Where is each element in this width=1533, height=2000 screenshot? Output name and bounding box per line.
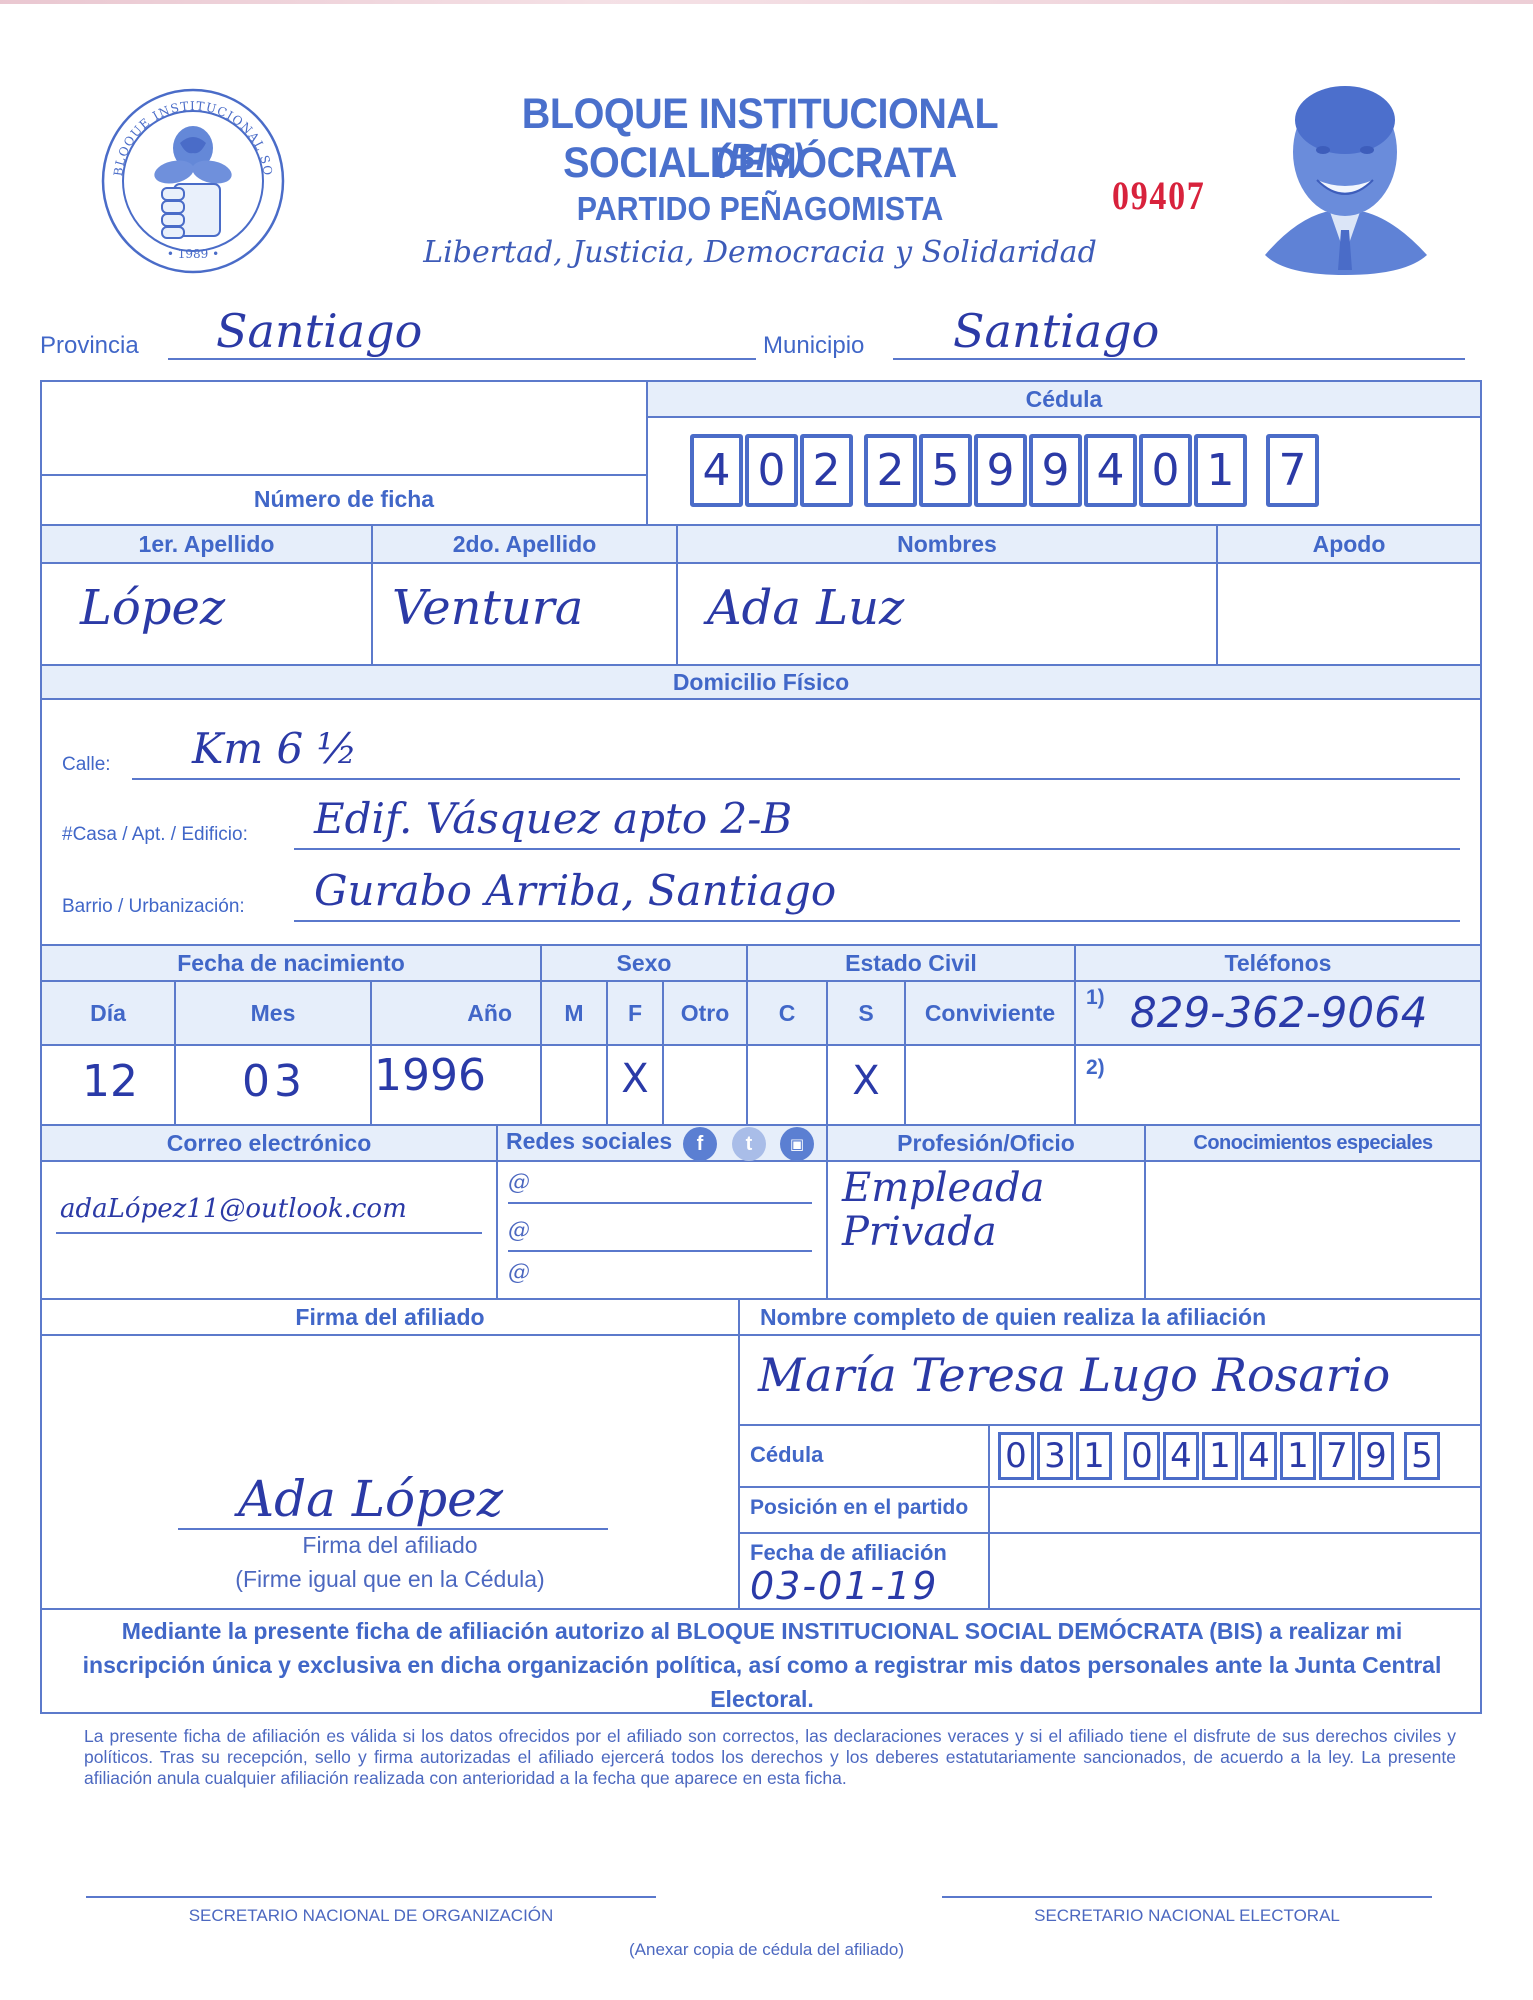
estado-civil-header: Estado Civil <box>748 946 1074 980</box>
cedula-digit-box[interactable]: 2 <box>864 434 917 507</box>
mes-value[interactable]: 03 <box>242 1056 306 1107</box>
apellido1-value[interactable]: López <box>80 580 225 636</box>
domicilio-field-1[interactable]: Edif. Vásquez apto 2-B <box>294 796 1460 850</box>
nombres-header: Nombres <box>678 526 1216 562</box>
apodo-header: Apodo <box>1218 526 1480 562</box>
cedula-header: Cédula <box>648 382 1480 418</box>
cedula-digit-box[interactable]: 4 <box>1084 434 1137 507</box>
at-sign-prefix: @ <box>508 1260 530 1285</box>
domicilio-header: Domicilio Físico <box>42 666 1480 700</box>
sexo-f-header: F <box>608 982 662 1044</box>
dia-value[interactable]: 12 <box>82 1056 138 1107</box>
estado-c-header: C <box>748 982 826 1044</box>
afiliador-cedula-digit-box[interactable]: 7 <box>1319 1432 1355 1480</box>
party-logo-icon: BLOQUE INSTITUCIONAL SOCIALDEMOCRATA • 1… <box>100 88 286 274</box>
domicilio-label-1: #Casa / Apt. / Edificio: <box>62 824 248 846</box>
sexo-otro-header: Otro <box>664 982 746 1044</box>
posicion-value[interactable] <box>990 1488 1480 1532</box>
telefonos-header: Teléfonos <box>1076 946 1480 980</box>
nombres-value[interactable]: Ada Luz <box>707 580 904 636</box>
provincia-value: Santiago <box>216 304 422 358</box>
party-name: PARTIDO PEÑAGOMISTA <box>341 190 1178 228</box>
organization-abbreviation: (BIS) <box>305 137 1215 180</box>
telefono-2-label: 2) <box>1086 1056 1105 1080</box>
domicilio-value-1: Edif. Vásquez apto 2-B <box>314 794 792 843</box>
afiliador-cedula-digit-box[interactable]: 0 <box>1124 1432 1160 1480</box>
telefono-1-value[interactable]: 829-362-9064 <box>1130 988 1428 1037</box>
secretario-electoral-label: SECRETARIO NACIONAL ELECTORAL <box>942 1906 1432 1926</box>
afiliador-cedula-digit-box[interactable]: 4 <box>1241 1432 1277 1480</box>
mes-header: Mes <box>176 982 370 1044</box>
posicion-label: Posición en el partido <box>750 1496 968 1520</box>
afiliador-cedula-digit-box[interactable]: 0 <box>998 1432 1034 1480</box>
correo-field[interactable]: adaLópez11@outlook.com <box>56 1190 482 1234</box>
cedula-digit-box[interactable]: 1 <box>1194 434 1247 507</box>
afiliador-cedula-digits[interactable]: 03104141795 <box>990 1426 1480 1486</box>
fecha-nacimiento-header: Fecha de nacimiento <box>42 946 540 980</box>
municipio-label: Municipio <box>763 332 864 360</box>
domicilio-label-2: Barrio / Urbanización: <box>62 896 245 918</box>
cedula-digit-box[interactable]: 9 <box>1029 434 1082 507</box>
secretario-organizacion-label: SECRETARIO NACIONAL DE ORGANIZACIÓN <box>86 1906 656 1926</box>
correo-header: Correo electrónico <box>42 1126 496 1160</box>
afiliador-cedula-digit-box[interactable]: 1 <box>1076 1432 1112 1480</box>
telefono-2-value[interactable] <box>1130 1048 1470 1118</box>
redes-field-0[interactable]: @ <box>508 1170 812 1204</box>
numero-ficha-input[interactable] <box>42 382 646 474</box>
conocimientos-value[interactable] <box>1146 1162 1480 1298</box>
anio-header: Año <box>372 982 540 1044</box>
cedula-digit-box[interactable]: 7 <box>1266 434 1319 507</box>
facebook-icon: f <box>683 1127 717 1161</box>
afiliador-cedula-digit-box[interactable]: 5 <box>1404 1432 1440 1480</box>
domicilio-field-2[interactable]: Gurabo Arriba, Santiago <box>294 868 1460 922</box>
apellido2-header: 2do. Apellido <box>373 526 676 562</box>
estado-s-header: S <box>828 982 904 1044</box>
afiliador-cedula-label: Cédula <box>750 1442 823 1468</box>
afiliador-cedula-digit-box[interactable]: 4 <box>1163 1432 1199 1480</box>
cedula-digit-box[interactable]: 2 <box>800 434 853 507</box>
firma-header: Firma del afiliado <box>42 1300 738 1334</box>
signature-line-electoral <box>942 1896 1432 1898</box>
leader-portrait-image <box>1255 80 1435 275</box>
afiliador-header: Nombre completo de quien realiza la afil… <box>760 1300 1266 1334</box>
domicilio-label-0: Calle: <box>62 754 111 776</box>
estado-conviviente-header: Conviviente <box>906 982 1074 1044</box>
at-sign-prefix: @ <box>508 1218 530 1243</box>
telefono-1-label: 1) <box>1086 986 1105 1010</box>
municipio-field[interactable]: Santiago <box>893 310 1465 360</box>
sexo-m-header: M <box>542 982 606 1044</box>
estado-s-value[interactable]: X <box>828 1058 904 1104</box>
anio-value[interactable]: 1996 <box>374 1050 486 1101</box>
cedula-digit-box[interactable]: 0 <box>1139 434 1192 507</box>
cedula-digit-box[interactable]: 4 <box>690 434 743 507</box>
redes-field-1[interactable]: @ <box>508 1218 812 1252</box>
signature-line-organizacion <box>86 1896 656 1898</box>
twitter-icon: t <box>732 1127 766 1161</box>
serial-number: 09407 <box>1112 172 1206 219</box>
numero-ficha-label: Número de ficha <box>42 474 646 524</box>
authorization-statement: Mediante la presente ficha de afiliación… <box>72 1614 1452 1716</box>
provincia-label: Provincia <box>40 332 139 360</box>
apodo-value[interactable] <box>1218 564 1480 664</box>
provincia-field[interactable]: Santiago <box>168 310 756 360</box>
cedula-digit-box[interactable]: 5 <box>919 434 972 507</box>
party-motto: Libertad, Justicia, Democracia y Solidar… <box>305 235 1215 270</box>
cedula-digit-box[interactable]: 9 <box>974 434 1027 507</box>
domicilio-value-2: Gurabo Arriba, Santiago <box>314 866 836 915</box>
fecha-afiliacion-label: Fecha de afiliación <box>750 1540 947 1566</box>
instagram-icon: ▣ <box>780 1127 814 1161</box>
sexo-header: Sexo <box>542 946 746 980</box>
membership-form: Número de ficha Cédula 40225994017 1er. … <box>40 380 1482 1714</box>
apellido2-value[interactable]: Ventura <box>392 580 583 636</box>
at-sign-prefix: @ <box>508 1170 530 1195</box>
fecha-afiliacion-value[interactable]: 03-01-19 <box>750 1564 938 1608</box>
redes-field-2[interactable]: @ <box>508 1260 812 1294</box>
afiliador-cedula-digit-box[interactable]: 3 <box>1037 1432 1073 1480</box>
municipio-value: Santiago <box>953 304 1159 358</box>
signature-caption: Firma del afiliado <box>42 1532 738 1559</box>
signature-value[interactable]: Ada López <box>238 1470 503 1528</box>
conocimientos-header: Conocimientos especiales <box>1146 1126 1480 1160</box>
afiliador-name-value[interactable]: María Teresa Lugo Rosario <box>758 1348 1390 1402</box>
svg-text:• 1989 •: • 1989 • <box>167 247 219 261</box>
apellido1-header: 1er. Apellido <box>42 526 371 562</box>
domicilio-field-0[interactable]: Km 6 ½ <box>132 726 1460 780</box>
cedula-digits[interactable]: 40225994017 <box>648 418 1480 524</box>
afiliador-cedula-digit-box[interactable]: 1 <box>1280 1432 1316 1480</box>
redes-header: Redes sociales <box>506 1128 672 1155</box>
scan-edge <box>0 0 1533 4</box>
correo-value: adaLópez11@outlook.com <box>60 1194 407 1224</box>
signature-note: (Firme igual que en la Cédula) <box>42 1566 738 1593</box>
annex-note: (Anexar copia de cédula del afiliado) <box>0 1940 1533 1960</box>
redes-sociales-fields: @@@ <box>498 1162 826 1298</box>
profesion-value[interactable]: Empleada Privada <box>842 1166 1045 1254</box>
afiliador-cedula-digit-box[interactable]: 9 <box>1358 1432 1394 1480</box>
domicilio-value-0: Km 6 ½ <box>192 724 357 773</box>
afiliador-cedula-digit-box[interactable]: 1 <box>1202 1432 1238 1480</box>
profesion-header: Profesión/Oficio <box>828 1126 1144 1160</box>
sexo-f-value[interactable]: X <box>608 1056 662 1102</box>
dia-header: Día <box>42 982 174 1044</box>
cedula-digit-box[interactable]: 0 <box>745 434 798 507</box>
signature-line <box>178 1528 608 1530</box>
disclaimer-text: La presente ficha de afiliación es válid… <box>84 1726 1456 1789</box>
